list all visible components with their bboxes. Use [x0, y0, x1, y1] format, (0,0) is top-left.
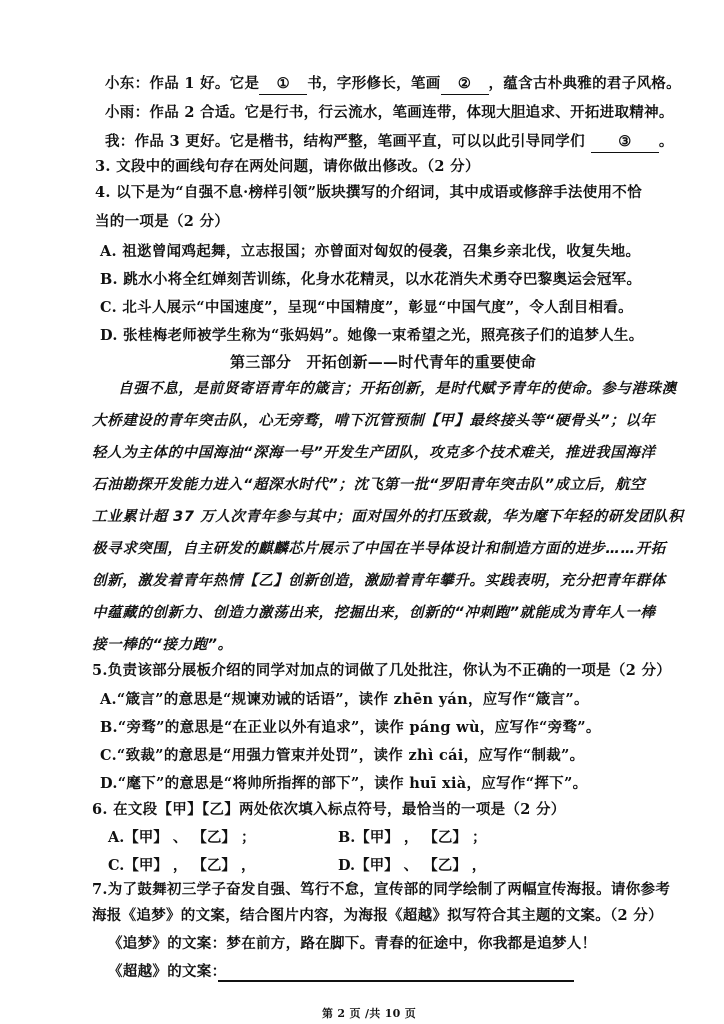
answer-input-line[interactable]: [218, 980, 574, 982]
section-title: 第三部分 开拓创新——时代青年的重要使命: [230, 352, 536, 372]
question-6-option-a[interactable]: A.【甲】 、 【乙】 ；: [108, 828, 255, 848]
question-4-stem: 4. 以下是为“自强不息·榜样引领”版块撰写的介绍词，其中成语或修辞手法使用不恰: [95, 183, 642, 203]
passage-line: 创新，激发着青年热情【乙】创新创造，激励着青年攀升。实践表明，充分把青年群体: [92, 571, 666, 591]
question-4-option-c[interactable]: C. 北斗人展示“中国速度”，呈现“中国精度”，彰显“中国气度”，令人刮目相看。: [100, 298, 633, 318]
passage-line: 接一棒的“接力跑”。: [92, 635, 233, 655]
passage-line: 极寻求突围，自主研发的麒麟芯片展示了中国在半导体设计和制造方面的进步……开拓: [92, 539, 666, 559]
question-6-option-c[interactable]: C.【甲】 ， 【乙】 ，: [108, 856, 255, 876]
question-3: 3. 文段中的画线句存在两处问题，请你做出修改。（2 分）: [95, 157, 480, 177]
passage-line: 中蕴藏的创新力、创造力激荡出来，挖掘出来，创新的“冲刺跑”就能成为青年人一棒: [92, 603, 655, 623]
question-6-option-d[interactable]: D.【甲】 、 【乙】 ，: [338, 856, 486, 876]
passage-line: 工业累计超 37 万人次青年参与其中；面对国外的打压致裁，华为麾下年轻的研发团队…: [92, 507, 683, 527]
answer-label-chaoyue: 《超越》的文案：: [108, 962, 226, 982]
question-5-option-a[interactable]: A.“箴言”的意思是“规谏劝诫的话语”，读作 zhēn yán，应写作“箴言”。: [100, 690, 589, 710]
question-6-option-b[interactable]: B.【甲】 ， 【乙】 ；: [338, 828, 486, 848]
question-5-option-b[interactable]: B.“旁骛”的意思是“在正业以外有追求”，读作 páng wù，应写作“旁骛”。: [100, 718, 601, 738]
question-6-stem: 6. 在文段【甲】【乙】两处依次填入标点符号，最恰当的一项是（2 分）: [92, 800, 566, 820]
passage-line: 石油勘探开发能力进入“超深水时代”；沈飞第一批“罗阳青年突击队”成立后，航空: [92, 475, 645, 495]
question-7-stem-cont: 海报《追梦》的文案，结合图片内容，为海报《超越》拟写符合其主题的文案。（2 分）: [92, 906, 663, 926]
question-4-option-d[interactable]: D. 张桂梅老师被学生称为“张妈妈”。她像一束希望之光，照亮孩子们的追梦人生。: [100, 326, 644, 346]
dialogue-line-me: 我：作品 3 更好。它是楷书，结构严整，笔画平直，可以以此引导同学们③。: [105, 132, 674, 153]
blank-1[interactable]: ①: [259, 74, 307, 95]
line-text: 。: [659, 133, 674, 150]
question-5-option-c[interactable]: C.“致裁”的意思是“用强力管束并处罚”，读作 zhì cái，应写作“制裁”。: [100, 746, 585, 766]
question-4-option-a[interactable]: A. 祖逖曾闻鸡起舞，立志报国；亦曾面对匈奴的侵袭，召集乡亲北伐，收复失地。: [100, 242, 640, 262]
line-text: 小东：作品 1 好。它是: [105, 75, 259, 92]
dialogue-line-xiaoyu: 小雨：作品 2 合适。它是行书，行云流水，笔画连带，体现大胆追求、开拓进取精神。: [105, 103, 674, 123]
page-number: 第 2 页 /共 10 页: [322, 1004, 416, 1024]
sample-copy-zhuimeng: 《追梦》的文案：梦在前方，路在脚下。青春的征途中，你我都是追梦人！: [108, 934, 596, 954]
passage-line: 自强不息，是前贤寄语青年的箴言；开拓创新，是时代赋予青年的使命。参与港珠澳: [118, 379, 677, 399]
dialogue-line-xiaodong: 小东：作品 1 好。它是①书，字形修长，笔画②，蕴含古朴典雅的君子风格。: [105, 74, 681, 95]
line-text: ，蕴含古朴典雅的君子风格。: [489, 75, 681, 92]
blank-2[interactable]: ②: [441, 74, 489, 95]
passage-line: 轻人为主体的中国海油“深海一号”开发生产团队，攻克多个技术难关，推进我国海洋: [92, 443, 655, 463]
question-5-option-d[interactable]: D.“麾下”的意思是“将帅所指挥的部下”，读作 huī xià，应写作“挥下”。: [100, 774, 587, 794]
question-7-stem: 7.为了鼓舞初三学子奋发自强、笃行不怠，宣传部的同学绘制了两幅宣传海报。请你参考: [92, 880, 670, 900]
question-4-stem-cont: 当的一项是（2 分）: [95, 212, 229, 232]
exam-page: 小东：作品 1 好。它是①书，字形修长，笔画②，蕴含古朴典雅的君子风格。 小雨：…: [0, 0, 724, 1024]
line-text: 我：作品 3 更好。它是楷书，结构严整，笔画平直，可以以此引导同学们: [105, 133, 585, 150]
line-text: 书，字形修长，笔画: [307, 75, 440, 92]
question-4-option-b[interactable]: B. 跳水小将全红婵刻苦训练，化身水花精灵，以水花消失术勇夺巴黎奥运会冠军。: [100, 270, 641, 290]
passage-line: 大桥建设的青年突击队，心无旁骛，啃下沉管预制【甲】最终接头等“硬骨头”；以年: [92, 411, 655, 431]
question-5-stem: 5.负责该部分展板介绍的同学对加点的词做了几处批注，你认为不正确的一项是（2 分…: [92, 661, 671, 681]
blank-3[interactable]: ③: [591, 132, 659, 153]
